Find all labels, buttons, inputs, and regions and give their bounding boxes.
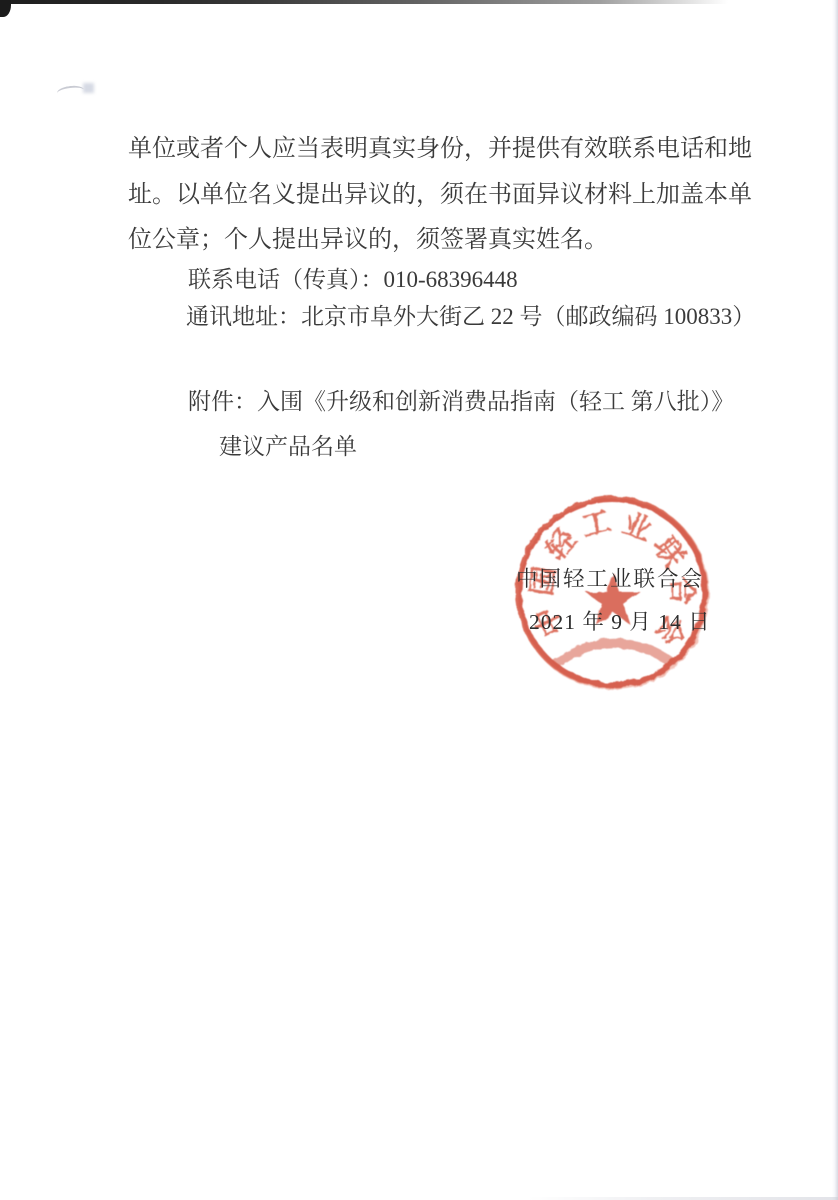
seal-ring-char: 业 bbox=[617, 507, 656, 548]
contact-phone-line: 联系电话（传真）：010-68396448 bbox=[188, 268, 518, 291]
corner-scan-blob bbox=[0, 0, 11, 17]
top-scan-artifact bbox=[0, 0, 728, 4]
scanned-page: 单位或者个人应当表明真实身份，并提供有效联系电话和地 址。以单位名义提出异议的，… bbox=[0, 0, 838, 1200]
seal-bottom-smear bbox=[555, 643, 672, 665]
body-line-2: 址。以单位名义提出异议的，须在书面异议材料上加盖本单 bbox=[128, 183, 752, 207]
body-line-1: 单位或者个人应当表明真实身份，并提供有效联系电话和地 bbox=[128, 137, 752, 161]
contact-address-line: 通讯地址：北京市阜外大街乙 22 号（邮政编码 100833） bbox=[186, 305, 755, 328]
attachment-line-1: 附件：入围《升级和创新消费品指南（轻工 第八批）》 bbox=[188, 390, 734, 413]
pencil-mark bbox=[56, 84, 84, 98]
right-page-edge bbox=[832, 0, 838, 1200]
pencil-smudge bbox=[83, 83, 94, 93]
signature-date: 2021 年 9 月 14 日 bbox=[529, 605, 711, 636]
body-line-3: 位公章；个人提出异议的，须签署真实姓名。 bbox=[128, 228, 608, 252]
attachment-line-2: 建议产品名单 bbox=[219, 435, 357, 458]
signature-org: 中国轻工业联合会 bbox=[516, 562, 704, 593]
seal-ring-char: 工 bbox=[579, 506, 614, 544]
